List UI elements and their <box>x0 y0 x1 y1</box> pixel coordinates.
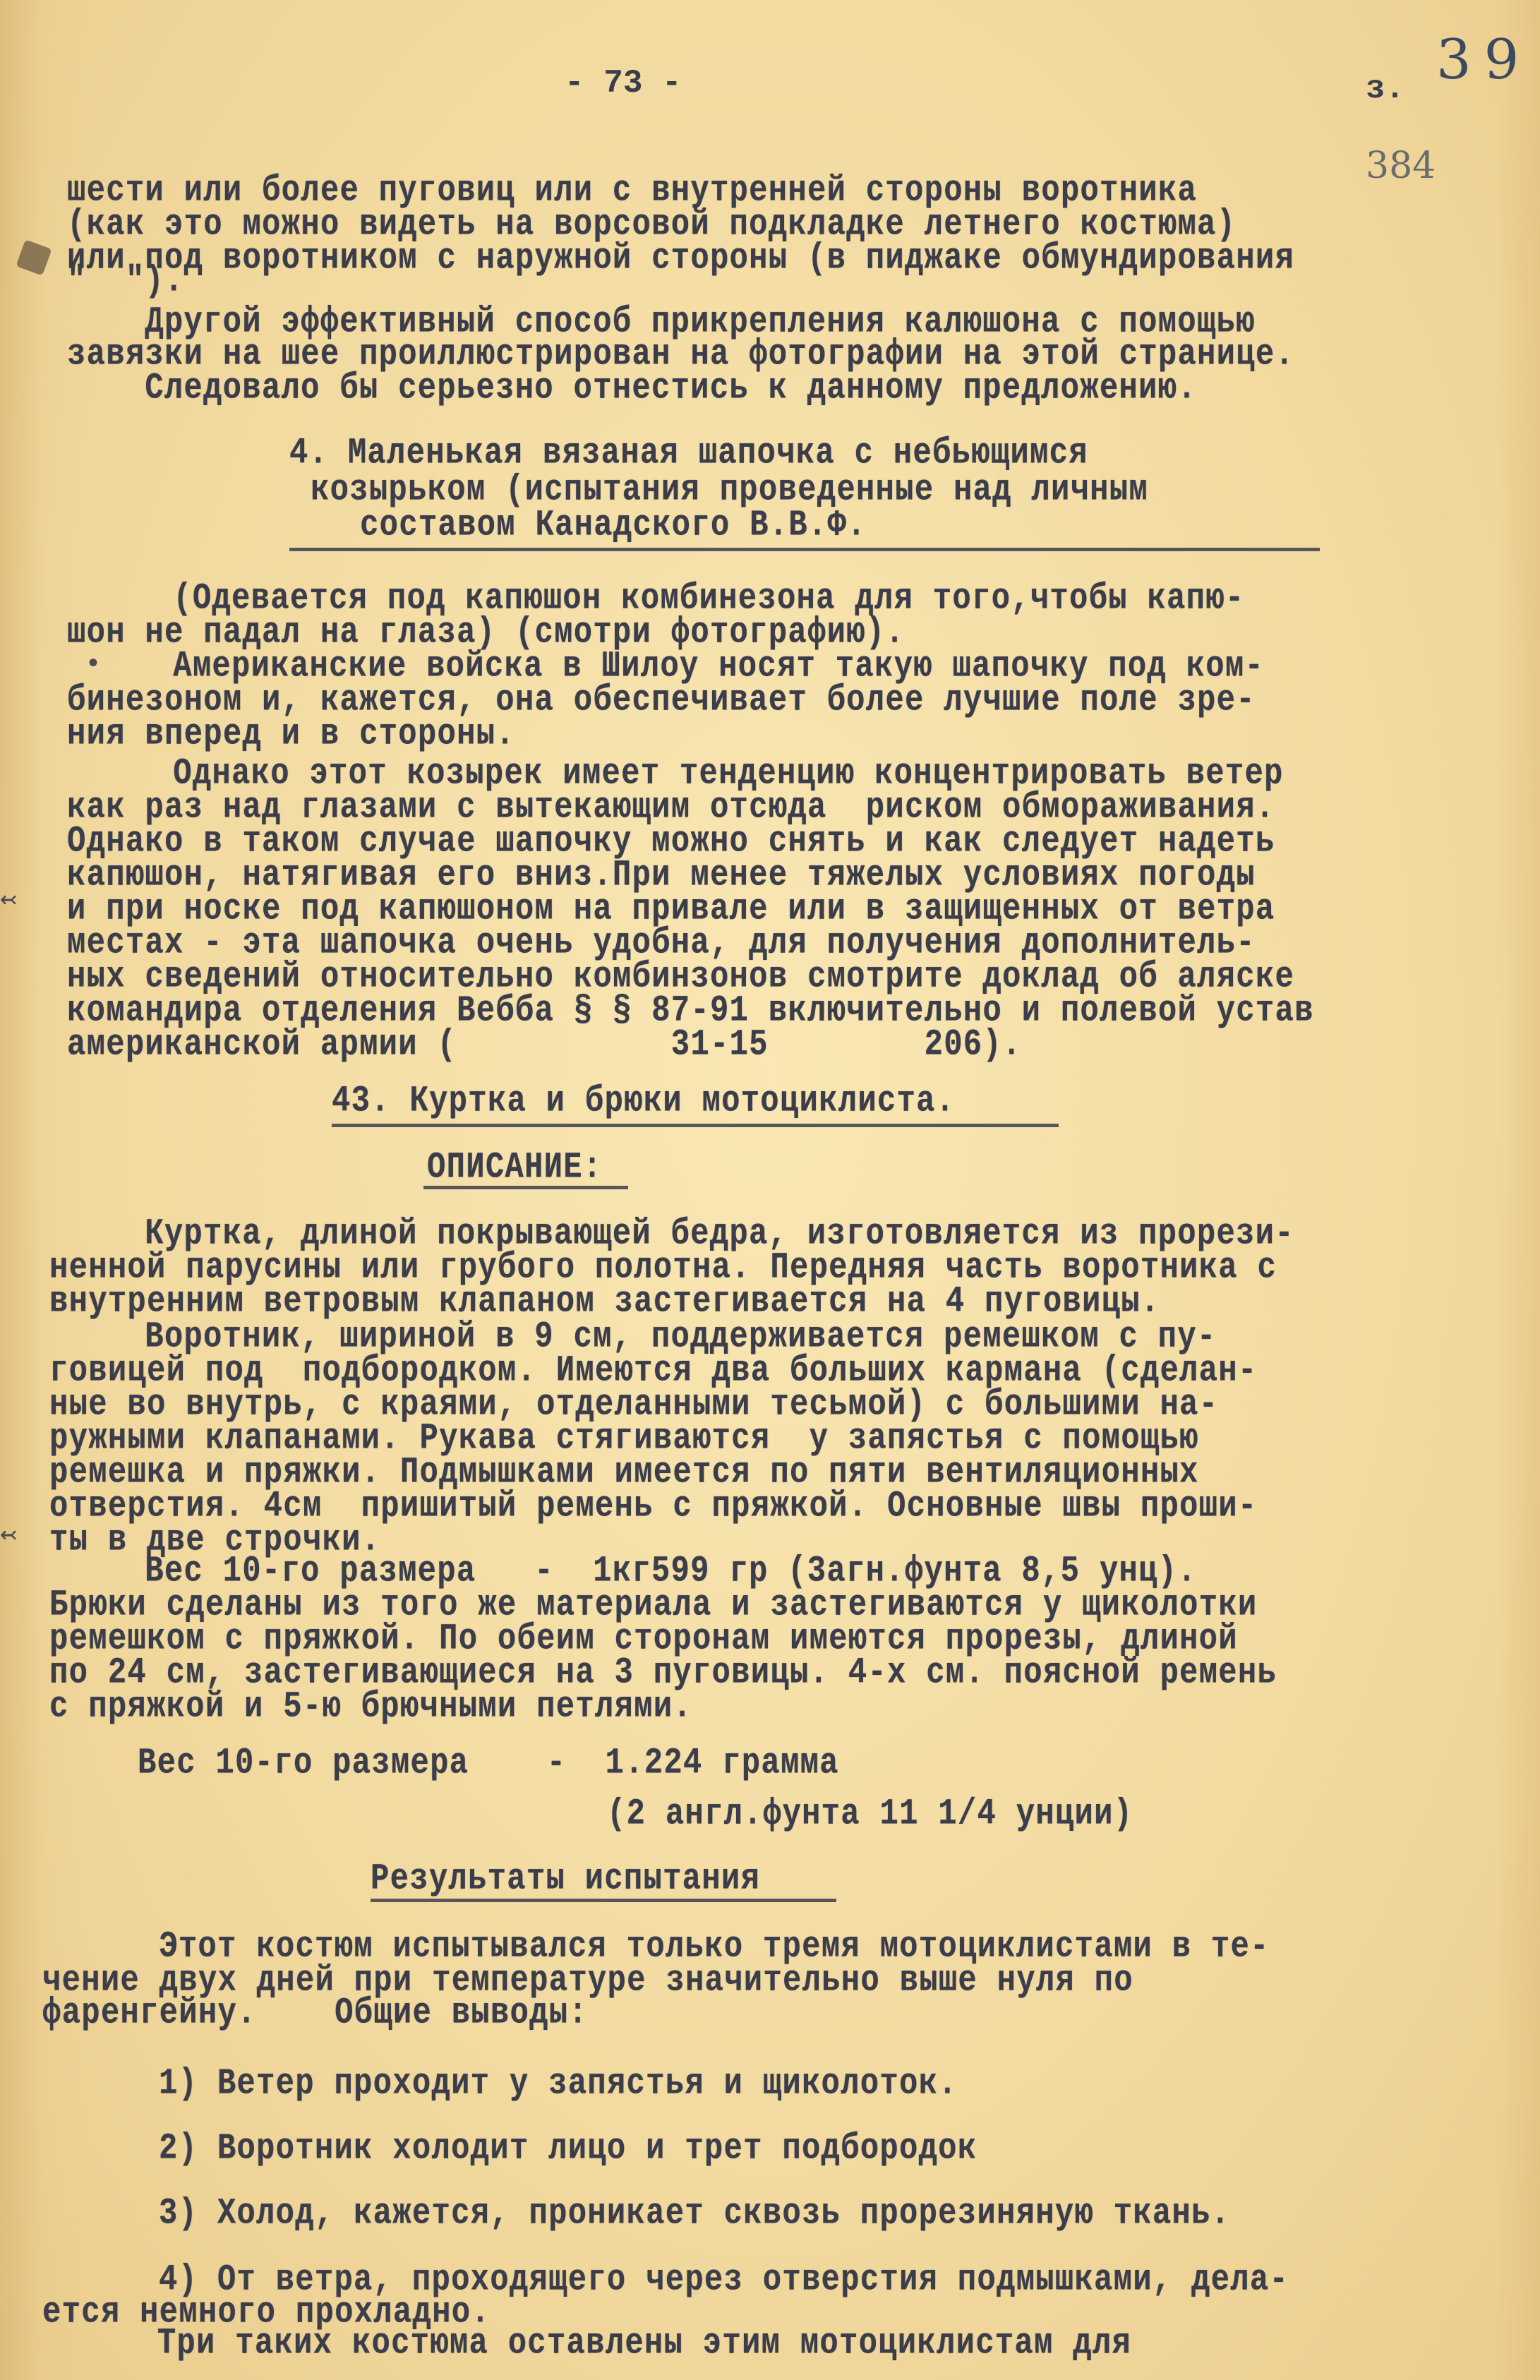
text-line: Три таких костюма оставлены этим мотоцик… <box>99 2322 1131 2365</box>
results-heading: Результаты испытания <box>371 1858 760 1901</box>
weight-line: Вес 10-го размера - 1.224 грамма <box>138 1742 839 1785</box>
text-line: американской армии ( 31-15 206). <box>67 1023 1022 1066</box>
sheet-prefix: з. <box>1366 71 1404 107</box>
heading-underline <box>371 1899 836 1902</box>
section-title: составом Канадского В.В.Ф. <box>360 504 867 547</box>
text-line: Следовало бы серьезно отнестись к данном… <box>106 367 1197 410</box>
document-page: • ↢ ↢ - 73 - з. 39 384 шести или более п… <box>0 0 1540 2380</box>
margin-mark: ↢ <box>0 882 17 917</box>
punch-hole <box>16 239 52 275</box>
text-line: фаренгейну. Общие выводы: <box>42 1992 588 2035</box>
conclusion-item: 3) Холод, кажется, проникает сквозь прор… <box>159 2192 1230 2235</box>
title-underline <box>289 548 1320 551</box>
title-underline <box>332 1124 1059 1127</box>
conclusion-item: 2) Воротник холодит лицо и трет подбород… <box>159 2127 977 2170</box>
weight-imperial: (2 англ.фунта 11 1/4 унции) <box>607 1793 1133 1836</box>
archive-number-stamp: 384 <box>1366 145 1436 187</box>
text-line: ния вперед и в стороны. <box>67 713 515 756</box>
heading-underline <box>423 1186 628 1189</box>
text-line: " "). <box>67 260 184 303</box>
sheet-number-handwritten: 39 <box>1436 28 1532 92</box>
text-line: с пряжкой и 5-ю брючными петлями. <box>49 1685 692 1729</box>
text-line: или под воротником с наружной стороны (в… <box>67 237 1294 280</box>
conclusion-item: 1) Ветер проходит у запястья и щиколоток… <box>159 2062 958 2105</box>
section-title: 43. Куртка и брюки мотоциклиста. <box>332 1080 955 1123</box>
description-heading: ОПИСАНИЕ: <box>427 1146 602 1189</box>
page-number: - 73 - <box>565 65 682 102</box>
margin-mark: ↢ <box>0 1517 17 1552</box>
